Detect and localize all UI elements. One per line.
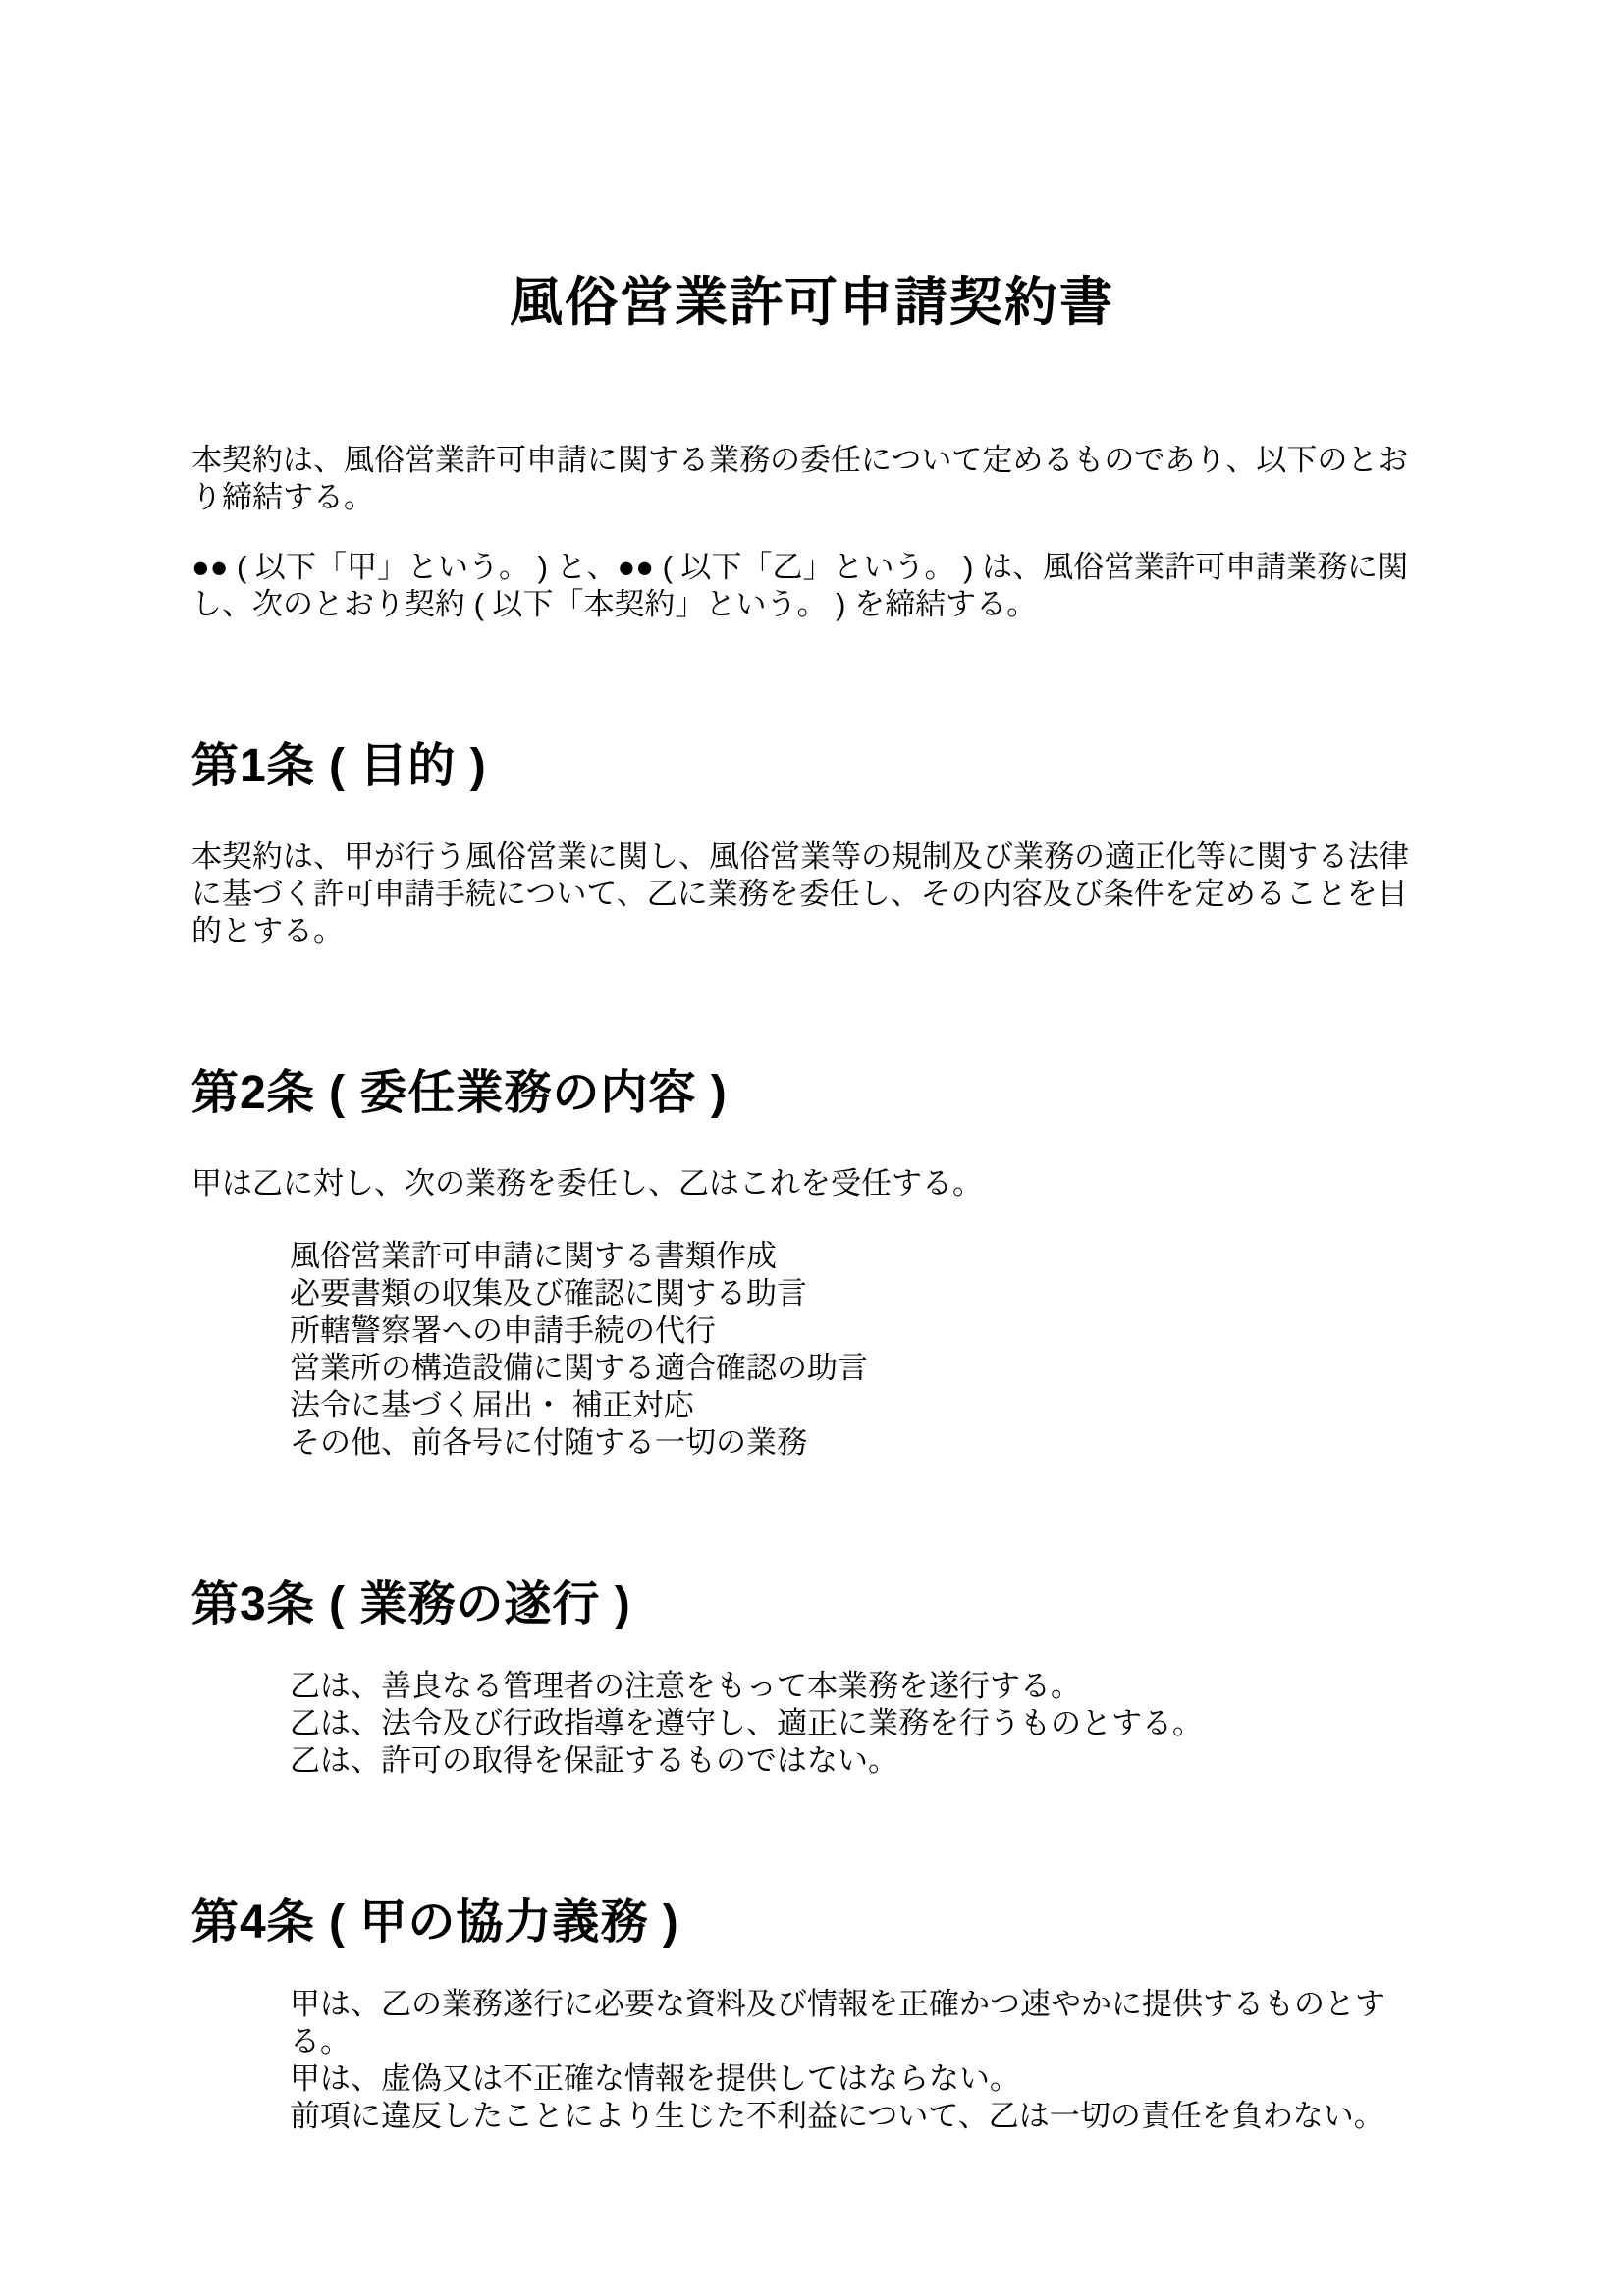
article-2-body: 甲は乙に対し、次の業務を委任し、乙はこれを受任する。 — [191, 1165, 1433, 1202]
article-1-heading: 第1条 ( 目的 ) — [191, 739, 1433, 794]
article-3-section: 第3条 ( 業務の遂行 ) 乙は、善良なる管理者の注意をもって本業務を遂行する。… — [191, 1577, 1433, 1780]
list-item: 前項に違反したことにより生じた不利益について、乙は一切の責任を負わない。 — [290, 2098, 1433, 2135]
list-item: 乙は、許可の取得を保証するものではない。 — [290, 1742, 1433, 1780]
list-item: 営業所の構造設備に関する適合確認の助言 — [290, 1350, 1433, 1387]
article-4-section: 第4条 ( 甲の協力義務 ) 甲は、乙の業務遂行に必要な資料及び情報を正確かつ速… — [191, 1896, 1433, 2135]
contract-document-page: 風俗営業許可申請契約書 本契約は、風俗営業許可申請に関する業務の委任について定め… — [0, 0, 1624, 2296]
list-item: 乙は、善良なる管理者の注意をもって本業務を遂行する。 — [290, 1668, 1433, 1705]
document-title: 風俗営業許可申請契約書 — [191, 272, 1433, 333]
article-4-item-list: 甲は、乙の業務遂行に必要な資料及び情報を正確かつ速やかに提供するものとする。 甲… — [191, 1986, 1433, 2135]
article-2-section: 第2条 ( 委任業務の内容 ) 甲は乙に対し、次の業務を委任し、乙はこれを受任す… — [191, 1066, 1433, 1462]
list-item: 乙は、法令及び行政指導を遵守し、適正に業務を行うものとする。 — [290, 1705, 1433, 1742]
article-1-body: 本契約は、甲が行う風俗営業に関し、風俗営業等の規制及び業務の適正化等に関する法律… — [191, 838, 1433, 950]
list-item: 風俗営業許可申請に関する書類作成 — [290, 1238, 1433, 1275]
list-item: 甲は、乙の業務遂行に必要な資料及び情報を正確かつ速やかに提供するものとする。 — [290, 1986, 1433, 2060]
intro-paragraph-1: 本契約は、風俗営業許可申請に関する業務の委任について定めるものであり、以下のとお… — [191, 442, 1433, 516]
article-3-heading: 第3条 ( 業務の遂行 ) — [191, 1577, 1433, 1632]
list-item: 法令に基づく届出・ 補正対応 — [290, 1387, 1433, 1424]
list-item: 甲は、虚偽又は不正確な情報を提供してはならない。 — [290, 2060, 1433, 2098]
article-3-item-list: 乙は、善良なる管理者の注意をもって本業務を遂行する。 乙は、法令及び行政指導を遵… — [191, 1668, 1433, 1780]
list-item: その他、前各号に付随する一切の業務 — [290, 1424, 1433, 1462]
list-item: 必要書類の収集及び確認に関する助言 — [290, 1275, 1433, 1312]
article-4-heading: 第4条 ( 甲の協力義務 ) — [191, 1896, 1433, 1950]
article-2-heading: 第2条 ( 委任業務の内容 ) — [191, 1066, 1433, 1121]
intro-paragraph-2: ●● ( 以下「甲」という。 ) と、●● ( 以下「乙」という。 ) は、風俗… — [191, 549, 1433, 623]
article-1-section: 第1条 ( 目的 ) 本契約は、甲が行う風俗営業に関し、風俗営業等の規制及び業務… — [191, 739, 1433, 950]
article-2-item-list: 風俗営業許可申請に関する書類作成 必要書類の収集及び確認に関する助言 所轄警察署… — [191, 1238, 1433, 1462]
list-item: 所轄警察署への申請手続の代行 — [290, 1312, 1433, 1350]
